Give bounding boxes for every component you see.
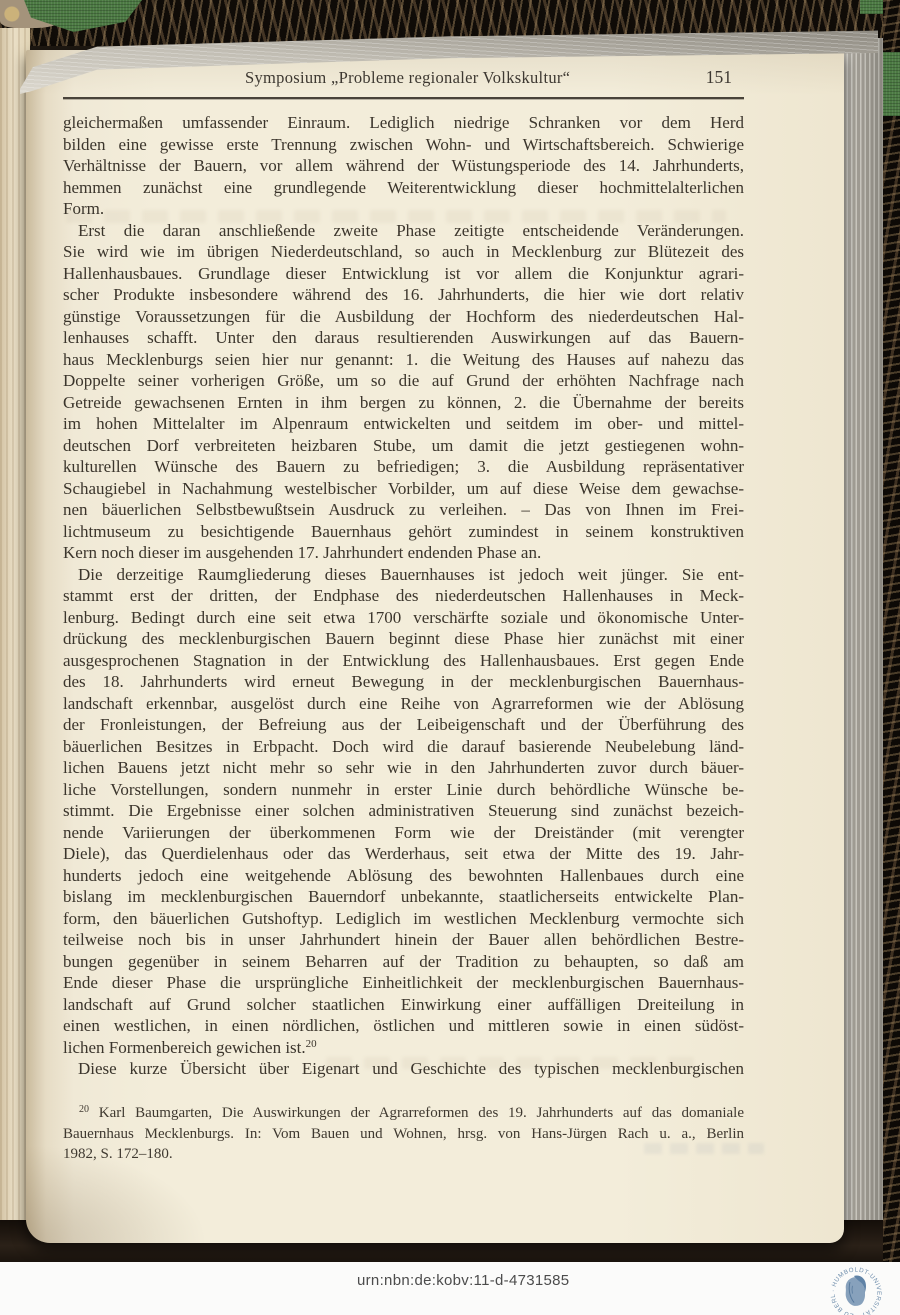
text-line: Form. [63, 198, 744, 220]
text-line: kulturellen Wünsche des Bauern zu befrie… [63, 456, 744, 478]
text-line: nende Variierungen der überkommenen Form… [63, 822, 744, 844]
text-line: liche Vorstellungen, sondern nunmehr in … [63, 779, 744, 801]
text-line: landschaft auf Grund solcher staatlichen… [63, 994, 744, 1016]
running-head-title: Symposium „Probleme regionaler Volkskult… [245, 68, 570, 88]
text-line: im hohen Mittelalter im Alpenraum entwic… [63, 413, 744, 435]
text-line: Diele), das Querdielenhaus oder das Werd… [63, 843, 744, 865]
text-line: einen westlichen, in einen nördlichen, ö… [63, 1015, 744, 1037]
scan-footer-bar: urn:nbn:de:kobv:11-d-4731585 · HUMBOLDT-… [0, 1262, 900, 1315]
text-line: drückung des mecklenburgischen Bauern be… [63, 628, 744, 650]
text-line: nen bäuerlichen Selbstbewußtsein Ausdruc… [63, 499, 744, 521]
text-line: der Fronleistungen, der Befreiung aus de… [63, 714, 744, 736]
humboldt-portrait [846, 1275, 866, 1305]
page-edges-right [842, 38, 888, 1242]
text-line: ausgesprochenen Stagnation in der Entwic… [63, 650, 744, 672]
footnote: 20 Karl Baumgarten, Die Auswirkungen der… [63, 1103, 744, 1165]
text-line: Ende dieser Phase die ursprüngliche Einh… [63, 972, 744, 994]
book-scan: Symposium „Probleme regionaler Volkskult… [0, 0, 900, 1315]
text-line: lichen Bauens jetzt nicht mehr so sehr w… [63, 757, 744, 779]
text-line: hunderts jedoch eine weitgehende Ablösun… [63, 865, 744, 887]
green-cloth-right [883, 52, 900, 116]
text-line: lenhauses schafft. Unter den daraus resu… [63, 327, 744, 349]
text-line: 20 Karl Baumgarten, Die Auswirkungen der… [63, 1103, 744, 1124]
running-head: Symposium „Probleme regionaler Volkskult… [63, 68, 744, 90]
text-line: deutschen Dorf verbreiteten heizbaren St… [63, 435, 744, 457]
text-line: lenburg. Bedingt durch eine seit etwa 17… [63, 607, 744, 629]
text-line: Bauernhaus Mecklenburgs. In: Vom Bauen u… [63, 1124, 744, 1145]
text-line: des 18. Jahrhunderts wird erneut Bewegun… [63, 671, 744, 693]
book-page: Symposium „Probleme regionaler Volkskult… [26, 50, 844, 1243]
text-line: Kern noch dieser im ausgehenden 17. Jahr… [63, 542, 744, 564]
text-line: Verhältnisse der Bauern, vor allem währe… [63, 155, 744, 177]
text-line: Doppelte seiner vorherigen Größe, um so … [63, 370, 744, 392]
text-line: Diese kurze Übersicht über Eigenart und … [63, 1058, 744, 1080]
book-cover-right-edge [883, 0, 900, 1262]
text-line: gleichermaßen umfassender Einraum. Ledig… [63, 112, 744, 134]
text-line: 1982, S. 172–180. [63, 1144, 744, 1165]
text-line: bungen gegenüber in seinem Beharren auf … [63, 951, 744, 973]
text-line: landschaft erkennbar, ausgelöst durch ei… [63, 693, 744, 715]
text-line: scher Produkte insbesondere während des … [63, 284, 744, 306]
text-line: Hallenhausbaues. Grundlage dieser Entwic… [63, 263, 744, 285]
text-line: Getreide gewachsenen Ernten in ihm berge… [63, 392, 744, 414]
text-line: Schaugiebel in Nachahmung westelbischer … [63, 478, 744, 500]
text-line: lichtmuseum zu besichtigende Bauernhaus … [63, 521, 744, 543]
text-line: günstige Voraussetzungen für die Ausbild… [63, 306, 744, 328]
body-text: gleichermaßen umfassender Einraum. Ledig… [63, 112, 744, 1080]
text-line: bäuerlichen Besitzes in Erbpacht. Doch w… [63, 736, 744, 758]
text-line: haus Mecklenburgs seien hier nur genannt… [63, 349, 744, 371]
text-line: Sie wird wie im übrigen Niederdeutschlan… [63, 241, 744, 263]
text-line: bilden eine gewisse erste Trennung zwisc… [63, 134, 744, 156]
page-number: 151 [706, 67, 732, 88]
text-line: Erst die daran anschließende zweite Phas… [63, 220, 744, 242]
header-rule [63, 97, 744, 99]
text-line: form, den bäuerlichen Gutshoftyp. Ledigl… [63, 908, 744, 930]
urn-identifier: urn:nbn:de:kobv:11-d-4731585 [357, 1272, 569, 1289]
text-line: stammt erst der dritten, der Endphase de… [63, 585, 744, 607]
text-line: lichen Formenbereich gewichen ist.20 [63, 1037, 744, 1059]
humboldt-seal-icon: · HUMBOLDT-UNIVERSITÄT · ZU BERLIN · [827, 1263, 885, 1315]
text-line: stimmt. Die Ergebnisse einer solchen adm… [63, 800, 744, 822]
text-line: Die derzeitige Raumgliederung dieses Bau… [63, 564, 744, 586]
text-line: teilweise noch bis in unser Jahrhundert … [63, 929, 744, 951]
text-line: hemmen zunächst eine grundlegende Weiter… [63, 177, 744, 199]
text-line: bislang im mecklenburgischen Bauerndorf … [63, 886, 744, 908]
